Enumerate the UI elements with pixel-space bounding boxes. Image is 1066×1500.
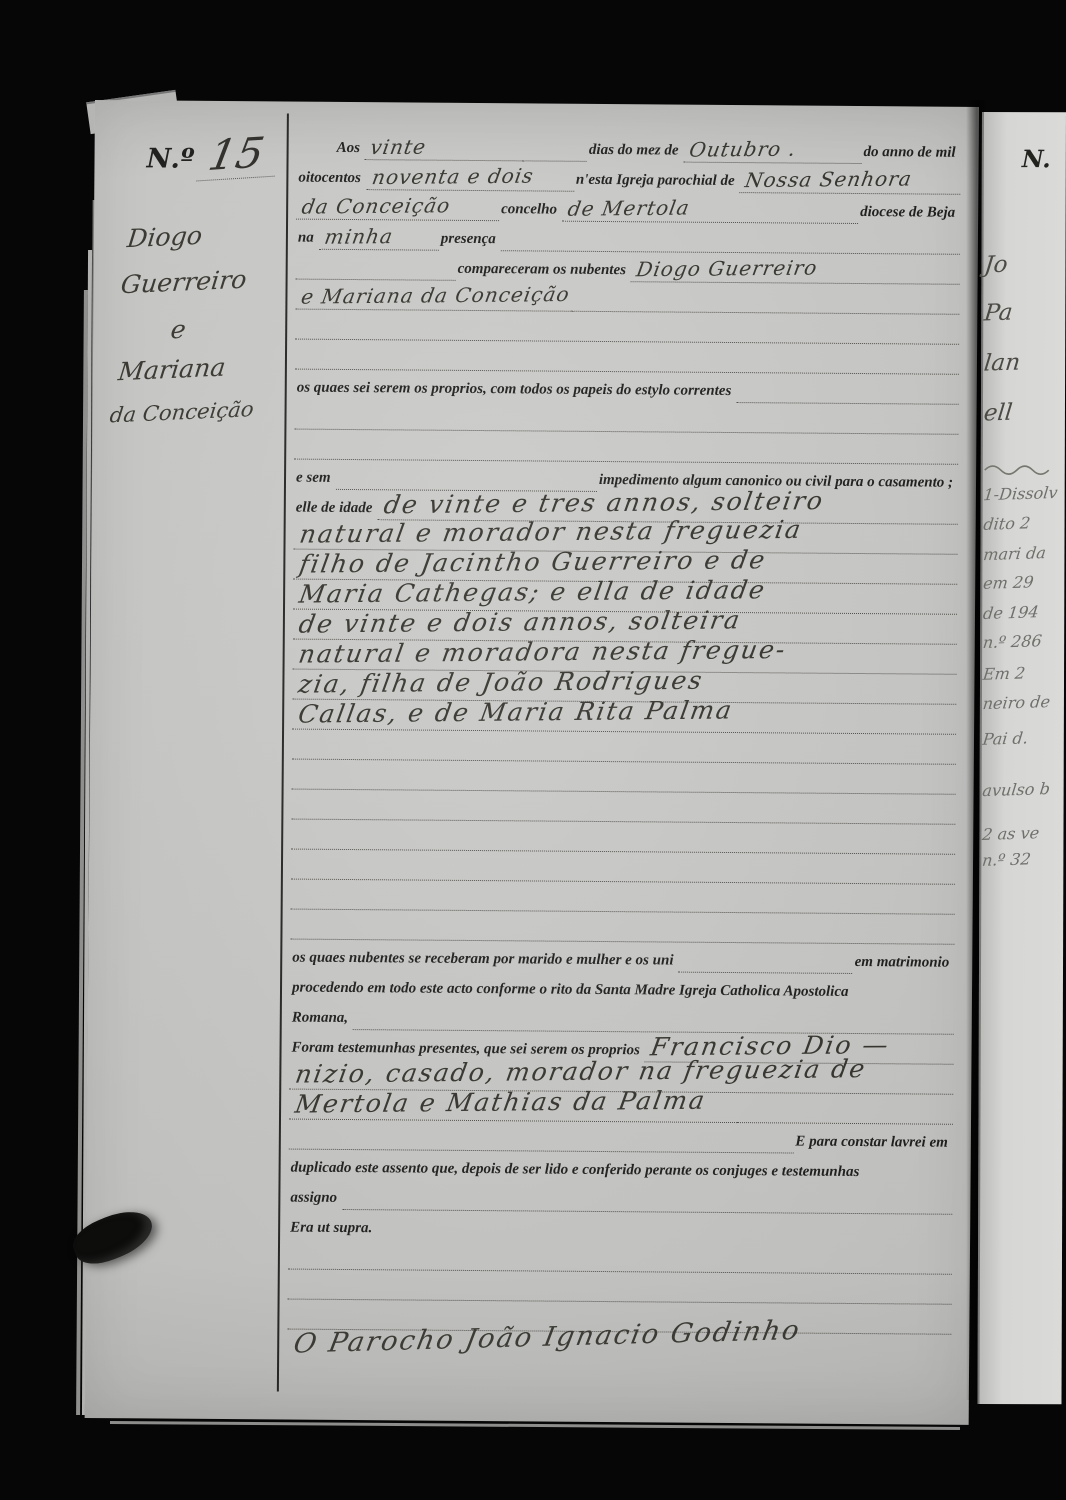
margin-name: e [169, 311, 278, 345]
ruled-blank [342, 1180, 953, 1215]
handwriting: de vinte e dois annos, solteira [297, 605, 744, 638]
marginal-annotation: n.º 32 [981, 849, 1032, 869]
ruled-blank [336, 460, 597, 492]
form-line: da Conceiçãoconcelhode Mertoladiocese de… [296, 190, 960, 225]
printed-text: elle de idade [294, 499, 378, 520]
fold-line [977, 112, 984, 1404]
handwriting: Mertola e Mathias da Palma [293, 1086, 708, 1119]
margin-name: Diogo [126, 218, 279, 254]
form-line [290, 910, 954, 945]
margin-name: Mariana [117, 350, 278, 386]
margin-couple-names: DiogoGuerreiroeMarianada Conceição [110, 220, 277, 441]
handwriting: noventa e dois [370, 164, 535, 190]
handwriting: Nossa Senhora [744, 167, 915, 193]
printed-text: Aos [335, 140, 366, 160]
printed-text: compareceram os nubentes [456, 261, 631, 283]
marginal-annotation: Pai d. [982, 728, 1029, 748]
handwriting: minha [323, 224, 395, 249]
marginal-annotation: Em 2 [982, 663, 1026, 683]
handwritten-entry: minha [319, 225, 439, 251]
ruled-blank [523, 131, 587, 162]
record-number-value: 15 [196, 127, 284, 182]
form-line: assigno [288, 1180, 952, 1215]
handwriting: Diogo Guerreiro [635, 256, 820, 282]
form-line: os quaes nubentes se receberam por marid… [290, 940, 954, 975]
handwriting: Outubro . [687, 137, 798, 162]
ruled-blank [678, 943, 852, 974]
handwritten-entry: Nossa Senhora [740, 168, 961, 195]
register-page: N.º15 DiogoGuerreiroeMarianada Conceição… [85, 100, 979, 1425]
marginal-annotation: avulso b [981, 779, 1051, 800]
printed-text: n'esta Igreja parochial de [574, 172, 740, 194]
form-line: Aosvintedias do mez deOutubro .do anno d… [297, 130, 961, 165]
form-line [295, 340, 959, 375]
printed-text: na [296, 229, 319, 249]
printed-text: do anno de mil [861, 144, 960, 165]
marginal-annotation: mari da [982, 543, 1047, 564]
handwriting: natural e morador nesta freguezia [297, 515, 804, 549]
ruled-blank [290, 910, 954, 945]
handwriting: Maria Cathegas; e ella de idade [297, 575, 768, 608]
printed-text: assigno [288, 1189, 342, 1210]
handwritten-entry: O Parocho João Ignacio Godinho [287, 1329, 798, 1364]
ruled-blank [501, 221, 960, 255]
printed-text: Era ut supra. [288, 1219, 377, 1240]
handwriting: da Conceição [300, 193, 452, 218]
handwritten-entry: Diogo Guerreiro [631, 257, 960, 285]
handwritten-entry: da Conceição [296, 195, 499, 222]
margin-name: da Conceição [109, 396, 278, 427]
next-page-number-label: N. [1022, 144, 1051, 173]
handwritten-entry: Mertola e Mathias da Palma [289, 1090, 737, 1124]
handwriting: e Mariana da Conceição [299, 282, 571, 309]
printed-text: os quaes nubentes se receberam por marid… [290, 949, 678, 972]
handwriting: Callas, e de Maria Rita Palma [296, 695, 736, 728]
marginal-annotation: ell [982, 400, 1013, 427]
handwriting: de Mertola [566, 196, 692, 221]
handwriting: filho de Jacintho Guerreiro e de [297, 545, 769, 578]
form-line: O Parocho João Ignacio Godinho [287, 1330, 951, 1365]
form-line: oitocentosnoventa e doisn'esta Igreja pa… [296, 160, 960, 195]
handwriting: zia, filha de João Rodrigues [296, 666, 705, 699]
form-line: E para constar lavrei em [289, 1120, 953, 1155]
margin-name: Guerreiro [119, 263, 278, 299]
printed-text: e sem [294, 469, 336, 490]
marginal-annotation: neiro de [982, 692, 1051, 713]
handwritten-entry: noventa e dois [366, 165, 574, 192]
printed-text: dias do mez de [587, 142, 684, 163]
marginal-annotation: lan [983, 350, 1022, 377]
form-line: Romana, [290, 1000, 954, 1035]
printed-text: diocese de Beja [858, 204, 960, 225]
marginal-annotation: 2 as ve [981, 823, 1040, 844]
ruled-blank [295, 340, 959, 375]
handwriting: vinte [369, 135, 429, 159]
printed-text: em matrimonio [853, 954, 955, 975]
marginal-annotation: de 194 [982, 602, 1040, 623]
form-line: compareceram os nubentesDiogo Guerreiro [296, 250, 960, 285]
printed-text: E para constar lavrei em [793, 1133, 953, 1155]
marginal-annotation: Jo [983, 252, 1009, 279]
record-number-label: N.º [146, 143, 195, 174]
marginal-annotation: Pa [983, 300, 1014, 327]
ruled-blank [737, 1093, 953, 1125]
ruled-blank [736, 373, 959, 405]
handwritten-entry: e Mariana da Conceição [295, 285, 571, 312]
handwriting: nizio, casado, morador na freguezia de [293, 1054, 869, 1088]
ruled-blank [289, 1120, 794, 1154]
marginal-annotation: dito 2 [982, 513, 1031, 533]
marginal-annotation: 1-Dissolv [982, 483, 1058, 504]
printed-text: concelho [499, 201, 562, 222]
handwritten-entry: vinte [365, 135, 523, 161]
marginal-annotation: n.º 286 [982, 631, 1043, 652]
ruled-blank [296, 250, 456, 281]
handwritten-entry: de Mertola [562, 197, 858, 224]
printed-text: presença [439, 230, 501, 251]
printed-text: oitocentos [296, 169, 366, 190]
handwriting: natural e moradora nesta fregue- [297, 635, 789, 669]
marriage-record-form: Aosvintedias do mez deOutubro .do anno d… [287, 130, 961, 1365]
next-page-strip: N. JoPalanell1-Dissolvdito 2mari daem 29… [977, 112, 1066, 1404]
ruled-blank [571, 282, 960, 315]
handwritten-entry: Outubro . [683, 138, 861, 164]
marginal-annotation: em 29 [982, 572, 1034, 593]
record-number: N.º15 [146, 128, 279, 179]
printed-text: Romana, [290, 1009, 353, 1030]
wavy-line [983, 462, 1063, 476]
